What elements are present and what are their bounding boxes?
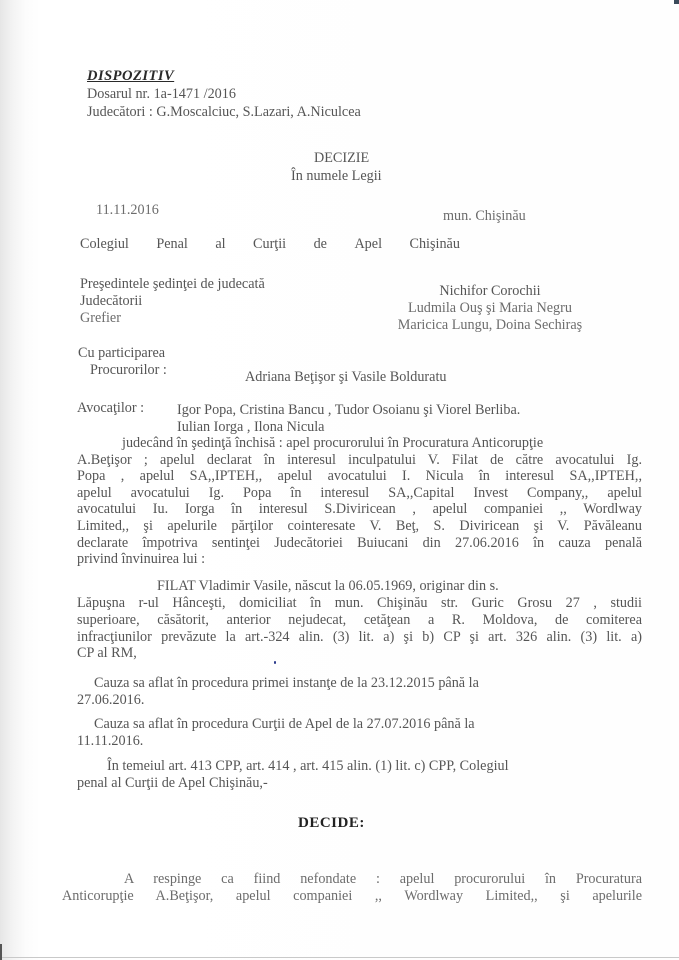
ruling-line: Anticorupţie A.Beţişor, apelul companiei… [62,888,642,904]
defendant-line: FILAT Vladimir Vasile, născut la 06.05.1… [157,578,642,594]
case-number: Dosarul nr. 1a-1471 /2016 [87,86,236,102]
judging-line: Limited,, şi apelurile părţilor cointere… [77,518,642,534]
first-instance-line: 27.06.2016. [77,692,144,708]
judging-line: judecând în şedinţă închisă : apel procu… [122,435,642,451]
defendant-line: CP al RM, [77,645,137,661]
appeal-court-line: 11.11.2016. [77,733,143,749]
scan-corner-mark [674,0,679,4]
lawyers-label: Avocaţilor : [77,400,144,416]
decision-place: mun. Chişinău [443,208,526,224]
court-name: Colegiul Penal al Curţii de Apel Chişină… [80,236,460,252]
judges-line: Judecători : G.Moscalciuc, S.Lazari, A.N… [87,104,361,120]
judging-line: Popa , apelul SA,,IPTEH,, apelul avocatu… [77,468,642,484]
lawyers-line-1: Igor Popa, Cristina Bancu , Tudor Osoian… [177,402,520,418]
prosecutors-names: Adriana Beţişor şi Vasile Bolduratu [245,369,447,385]
prosecutors-label-2: Procurorilor : [90,362,167,378]
defendant-line: infracţiunilor prevăzute la art.-324 ali… [77,629,642,645]
legal-basis-line: penal al Curţii de Apel Chişinău,- [77,775,268,791]
ink-speck [274,661,276,664]
court-word: al [215,236,225,252]
court-word: Apel [354,236,382,252]
legal-basis-line: În temeiul art. 413 CPP, art. 414 , art.… [107,758,642,774]
judging-line: A.Beţişor ; apelul declarat în interesul… [77,452,642,468]
court-word: Curţii [253,236,286,252]
defendant-line: Lăpuşna r-ul Hânceşti, domiciliat în mun… [77,595,642,611]
first-instance-line: Cauza sa aflat în procedura primei insta… [94,675,642,691]
court-word: de [314,236,327,252]
panel-name-president: Nichifor Corochii [390,283,590,299]
decide-heading: DECIDE: [298,815,365,831]
panel-role-president: Preşedintele şedinţei de judecată [80,276,265,292]
defendant-line: superioare, căsătorit, anterior nejudeca… [77,612,642,628]
lawyers-line-2: Iulian Iorga , Ilona Nicula [177,419,324,435]
panel-name-clerks: Maricica Lungu, Doina Sechiraş [340,317,640,333]
prosecutors-label-1: Cu participarea [78,345,165,361]
panel-name-judges: Ludmila Ouş şi Maria Negru [350,300,630,316]
appeal-court-line: Cauza sa aflat în procedura Curţii de Ap… [94,716,642,732]
judging-line: apelul avocatului Ig. Popa în interesul … [77,485,642,501]
ruling-line: A respinge ca fiind nefondate : apelul p… [124,871,642,887]
dispozitiv-title: DISPOZITIV [87,68,174,84]
decision-subtitle: În numele Legii [291,168,382,184]
decision-date: 11.11.2016 [96,202,159,218]
scan-edge-mark [0,944,2,960]
decision-title: DECIZIE [314,150,369,166]
judging-line: declarate împotriva sentinţei Judecători… [77,535,642,551]
scanned-document-page: DISPOZITIV Dosarul nr. 1a-1471 /2016 Jud… [0,0,679,960]
court-word: Colegiul [80,236,129,252]
judging-line: avocatului Iu. Iorga în interesul S.Divi… [77,501,642,517]
court-word: Chişinău [409,236,459,252]
panel-role-judges: Judecătorii [80,293,142,309]
court-word: Penal [156,236,188,252]
panel-role-clerk: Grefier [80,310,121,326]
page-bottom-edge [0,957,679,958]
judging-line: privind învinuirea lui : [77,551,205,567]
